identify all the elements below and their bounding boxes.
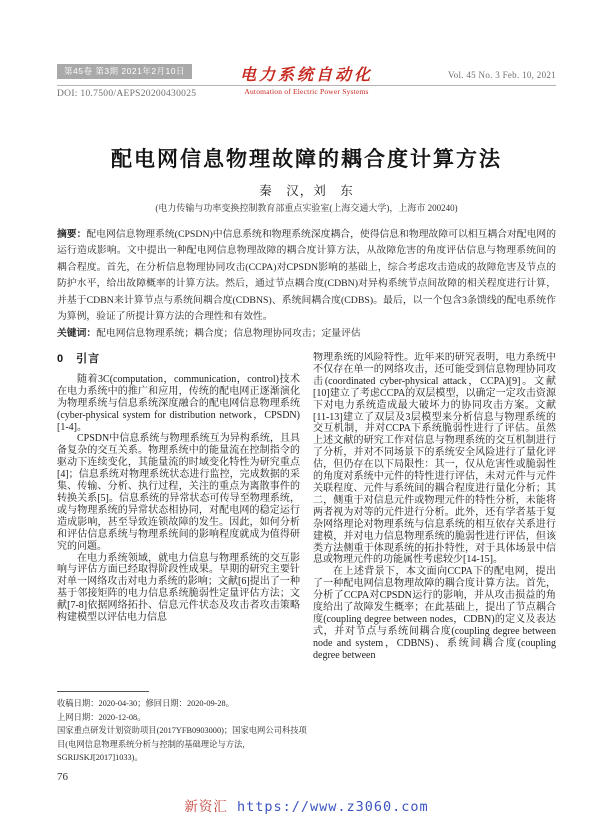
abstract-block: 摘要：配电网信息物理系统(CPSDN)中信息系统和物理系统深度耦合，使得信息和物… (57, 227, 556, 343)
footnote-online-date: 上网日期：2020-12-08。 (57, 711, 307, 725)
body-paragraph: CPSDN中信息系统与物理系统互为异构系统，且具备复杂的交互关系。物理系统中的能… (57, 433, 300, 552)
section-title: 引言 (76, 353, 100, 365)
affiliation: (电力传输与功率变换控制教育部重点实验室(上海交通大学)，上海市 200240) (0, 201, 613, 214)
watermark-brand: 新资汇 (184, 799, 228, 815)
footnote-funding: 国家重点研发计划资助项目(2017YFB0903000)；国家电网公司科技项目(… (57, 724, 307, 765)
body-paragraph: 物理系统的风险特性。近年来的研究表明，电力系统中不仅存在单一的网络攻击，还可能受… (313, 352, 556, 566)
journal-header: 第45卷 第3期 2021年2月10日 DOI: 10.7500/AEPS202… (57, 58, 556, 106)
footnote-received-date: 收稿日期：2020-04-30；修回日期：2020-09-28。 (57, 697, 307, 711)
right-column: 物理系统的风险特性。近年来的研究表明，电力系统中不仅存在单一的网络攻击，还可能受… (313, 352, 556, 790)
footnote-divider (57, 691, 149, 692)
keywords-line: 关键词：配电网信息物理系统；耦合度；信息物理协同攻击；定量评估 (57, 326, 556, 342)
keywords-label: 关键词： (57, 328, 96, 339)
header-divider (57, 85, 556, 86)
authors: 秦 汉，刘 东 (0, 181, 613, 199)
footnote-block: 收稿日期：2020-04-30；修回日期：2020-09-28。 上网日期：20… (57, 691, 307, 773)
keywords-text: 配电网信息物理系统；耦合度；信息物理协同攻击；定量评估 (96, 328, 361, 339)
body-paragraph: 在上述背景下，本文面向CCPA下的配电网，提出了一种配电网信息物理故障的耦合度计… (313, 566, 556, 661)
journal-name-english: Automation of Electric Power Systems (57, 87, 556, 96)
page-number: 76 (57, 771, 68, 783)
body-paragraph: 在电力系统领域，就电力信息与物理系统的交互影响与评估方面已经取得阶段性成果。早期… (57, 553, 300, 624)
paper-page: 第45卷 第3期 2021年2月10日 DOI: 10.7500/AEPS202… (0, 0, 613, 825)
section-heading-introduction: 0引言 (57, 354, 300, 366)
watermark: 新资汇 https://www.z3060.com (0, 795, 613, 815)
abstract-paragraph: 摘要：配电网信息物理系统(CPSDN)中信息系统和物理系统深度耦合，使得信息和物… (57, 227, 556, 325)
body-paragraph: 随着3C(computation，communication，control)技… (57, 374, 300, 434)
volume-info: Vol. 45 No. 3 Feb. 10, 2021 (448, 70, 556, 80)
section-number: 0 (57, 353, 64, 365)
abstract-text: 配电网信息物理系统(CPSDN)中信息系统和物理系统深度耦合，使得信息和物理故障… (57, 229, 556, 322)
page-title: 配电网信息物理故障的耦合度计算方法 (0, 143, 613, 173)
watermark-url[interactable]: https://www.z3060.com (237, 799, 429, 815)
abstract-label: 摘要： (57, 229, 86, 240)
